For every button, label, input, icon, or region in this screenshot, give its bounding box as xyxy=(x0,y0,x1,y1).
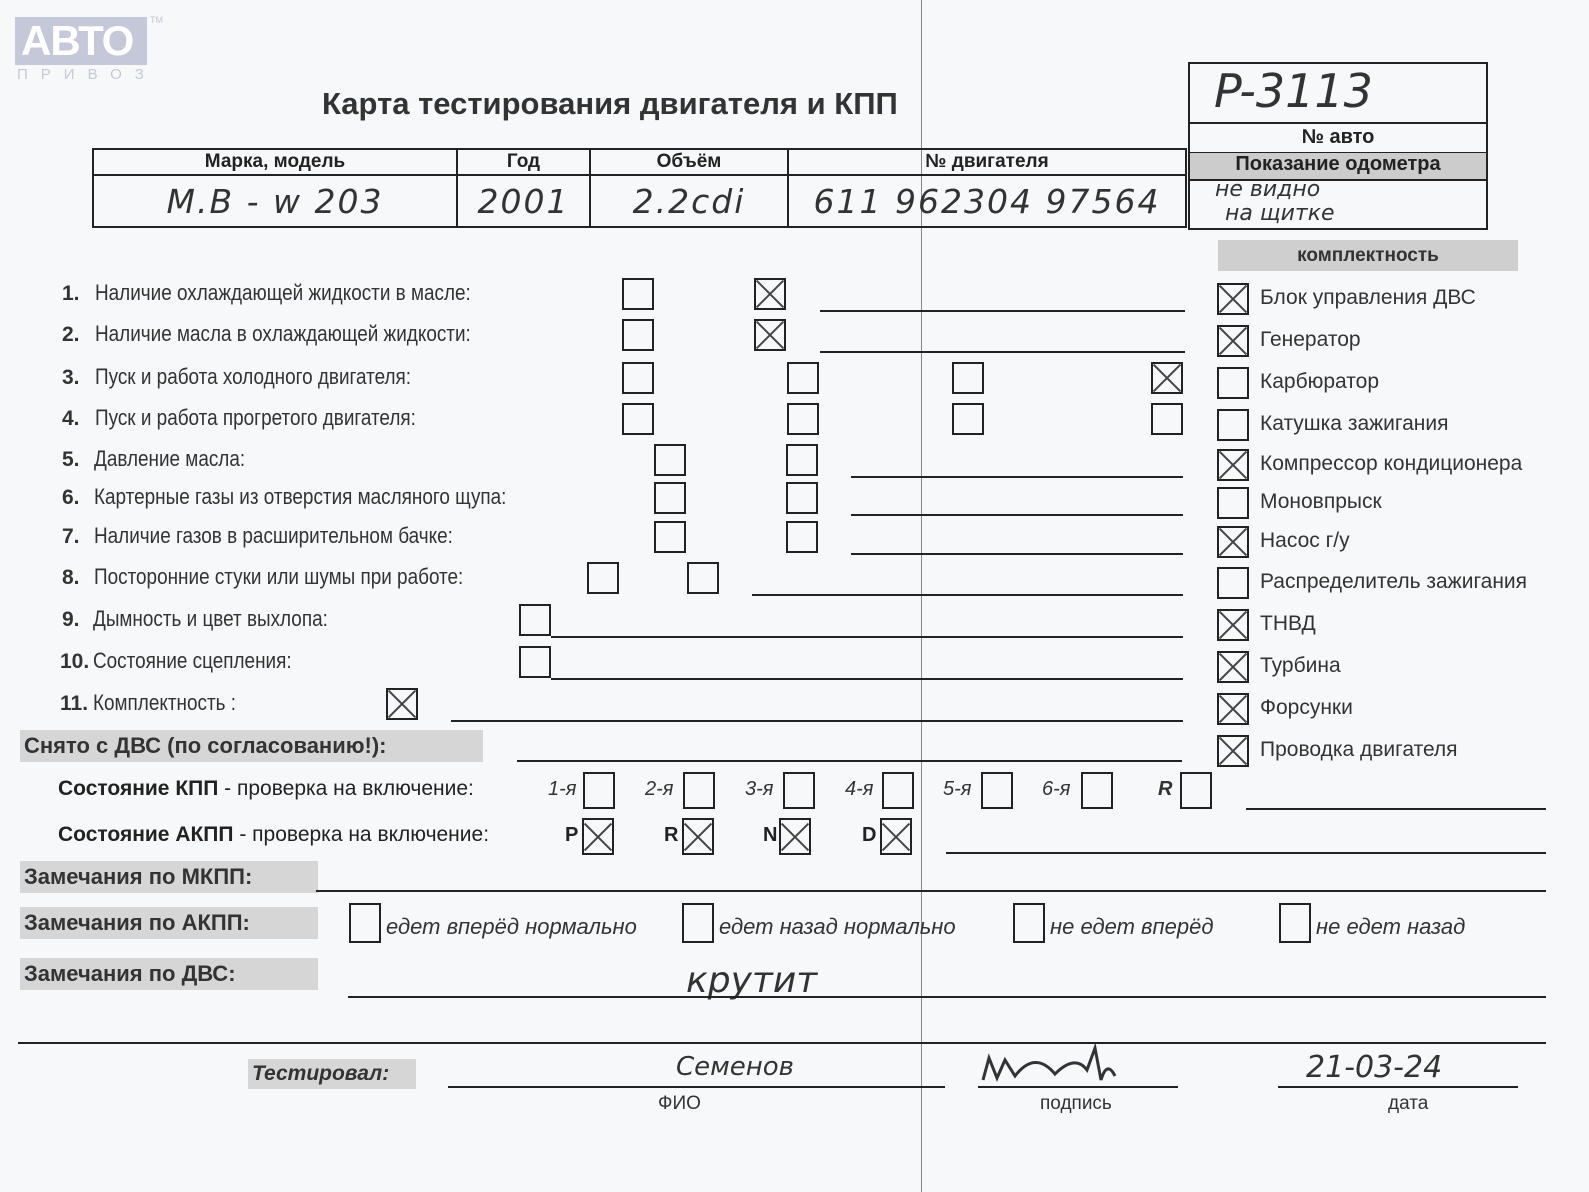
date-value[interactable]: 21-03-24 xyxy=(1306,1050,1442,1085)
option-checkbox[interactable] xyxy=(622,403,654,435)
odometer-value-line2: на щитке xyxy=(1215,202,1335,226)
date-caption: дата xyxy=(1388,1093,1428,1115)
akpp-remark-label: не едет назад xyxy=(1316,914,1465,940)
column-header-year: Год xyxy=(457,149,590,175)
question-note-line[interactable] xyxy=(752,594,1183,596)
year-field[interactable]: 2001 xyxy=(457,175,590,227)
auto-gear-label: N xyxy=(763,824,777,847)
manual-gear-checkbox[interactable] xyxy=(583,772,615,809)
question-note-line[interactable] xyxy=(551,678,1183,680)
option-checkbox[interactable] xyxy=(754,278,786,310)
question-number: 8. xyxy=(62,566,80,590)
option-checkbox[interactable] xyxy=(519,646,551,678)
option-checkbox[interactable] xyxy=(587,562,619,594)
completeness-item-label: Генератор xyxy=(1260,328,1361,352)
auto-gear-checkbox[interactable] xyxy=(582,818,614,855)
option-checkbox[interactable] xyxy=(786,482,818,514)
manual-gear-label: 6-я xyxy=(1042,778,1070,801)
auto-gearbox-label-rest: - проверка на включение: xyxy=(234,823,490,846)
tester-name-value[interactable]: Семенов xyxy=(676,1052,794,1082)
section-divider xyxy=(18,1042,1546,1044)
manual-gear-checkbox[interactable] xyxy=(981,772,1013,809)
manual-gear-checkbox[interactable] xyxy=(1180,772,1212,809)
completeness-checkbox[interactable] xyxy=(1217,651,1249,683)
question-number: 3. xyxy=(62,366,80,390)
odometer-field[interactable]: не видно на щитке xyxy=(1215,178,1335,226)
question-text: Наличие газов в расширительном бачке: xyxy=(94,523,453,549)
auto-gear-label: P xyxy=(565,824,578,847)
option-checkbox[interactable] xyxy=(786,521,818,553)
completeness-item-label: Распределитель зажигания xyxy=(1260,570,1527,594)
question-note-line[interactable] xyxy=(851,514,1183,516)
question-note-line[interactable] xyxy=(820,310,1185,312)
question-number: 6. xyxy=(62,486,80,510)
option-checkbox[interactable] xyxy=(622,362,654,394)
option-checkbox[interactable] xyxy=(787,362,819,394)
option-checkbox[interactable] xyxy=(1151,362,1183,394)
question-number: 10. xyxy=(60,650,89,674)
akpp-remark-checkbox[interactable] xyxy=(1279,903,1311,943)
question-number: 5. xyxy=(62,448,80,472)
completeness-item-label: Насос г/у xyxy=(1260,529,1350,553)
auto-gear-label: R xyxy=(664,824,678,847)
engine-number-field[interactable]: 611 962304 97564 xyxy=(788,175,1186,227)
signature-line xyxy=(978,1086,1178,1088)
auto-gearbox-note-line[interactable] xyxy=(946,852,1546,854)
removed-from-engine-line[interactable] xyxy=(517,760,1182,762)
option-checkbox[interactable] xyxy=(622,319,654,351)
removed-from-engine-label: Снято с ДВС (по согласованию!): xyxy=(20,730,483,762)
completeness-checkbox[interactable] xyxy=(1217,567,1249,599)
make-model-field[interactable]: M.B - w 203 xyxy=(93,175,457,227)
akpp-remark-label: едет назад нормально xyxy=(719,914,956,940)
manual-gear-checkbox[interactable] xyxy=(882,772,914,809)
column-header-volume: Объём xyxy=(590,149,788,175)
option-checkbox[interactable] xyxy=(952,362,984,394)
completeness-checkbox[interactable] xyxy=(1217,526,1249,558)
manual-gearbox-label: Состояние КПП - проверка на включение: xyxy=(58,777,474,801)
completeness-item-label: Форсунки xyxy=(1260,696,1353,720)
column-header-make-model: Марка, модель xyxy=(93,149,457,175)
completeness-checkbox[interactable] xyxy=(1217,325,1249,357)
mkpp-remarks-line[interactable] xyxy=(316,890,1546,892)
manual-gear-checkbox[interactable] xyxy=(683,772,715,809)
auto-gear-label: D xyxy=(862,824,876,847)
question-text: Комплектность : xyxy=(93,690,236,716)
option-checkbox[interactable] xyxy=(687,562,719,594)
option-checkbox[interactable] xyxy=(386,688,418,720)
completeness-checkbox[interactable] xyxy=(1217,367,1249,399)
option-checkbox[interactable] xyxy=(654,444,686,476)
question-number: 9. xyxy=(62,608,80,632)
question-note-line[interactable] xyxy=(851,553,1183,555)
volume-field[interactable]: 2.2cdi xyxy=(590,175,788,227)
completeness-item-label: Блок управления ДВС xyxy=(1260,286,1476,310)
question-note-line[interactable] xyxy=(551,636,1183,638)
question-text: Дымность и цвет выхлопа: xyxy=(93,606,328,632)
completeness-checkbox[interactable] xyxy=(1217,609,1249,641)
option-checkbox[interactable] xyxy=(754,319,786,351)
tester-name-line xyxy=(448,1086,945,1088)
question-text: Пуск и работа холодного двигателя: xyxy=(95,364,411,390)
brand-logo: АВТО xyxy=(15,17,147,65)
tested-by-label: Тестировал: xyxy=(248,1059,416,1089)
completeness-item-label: Катушка зажигания xyxy=(1260,412,1448,436)
akpp-remark-label: едет вперёд нормально xyxy=(386,914,637,940)
manual-gear-label: 3-я xyxy=(745,778,773,801)
signature-caption: подпись xyxy=(1040,1093,1112,1115)
manual-gearbox-label-rest: - проверка на включение: xyxy=(218,777,474,800)
auto-gear-checkbox[interactable] xyxy=(779,818,811,855)
question-text: Пуск и работа прогретого двигателя: xyxy=(95,405,416,431)
dvs-remarks-label: Замечания по ДВС: xyxy=(20,958,318,990)
completeness-item-label: Моновпрыск xyxy=(1260,490,1382,514)
option-checkbox[interactable] xyxy=(654,521,686,553)
question-note-line[interactable] xyxy=(851,476,1183,478)
question-text: Посторонние стуки или шумы при работе: xyxy=(94,564,463,590)
car-number-field[interactable]: P-3113 xyxy=(1190,64,1486,124)
option-checkbox[interactable] xyxy=(622,278,654,310)
akpp-remark-checkbox[interactable] xyxy=(1013,903,1045,943)
manual-gear-checkbox[interactable] xyxy=(1081,772,1113,809)
completeness-header: комплектность xyxy=(1218,240,1518,271)
auto-gear-checkbox[interactable] xyxy=(682,818,714,855)
completeness-item-label: Турбина xyxy=(1260,654,1341,678)
auto-gearbox-label-bold: Состояние АКПП xyxy=(58,823,234,846)
akpp-remark-checkbox[interactable] xyxy=(682,903,714,943)
odometer-value-line1: не видно xyxy=(1215,178,1335,202)
column-header-engine-number: № двигателя xyxy=(788,149,1186,175)
completeness-checkbox[interactable] xyxy=(1217,693,1249,725)
question-text: Давление масла: xyxy=(94,446,245,472)
dvs-remarks-value[interactable]: крутит xyxy=(686,960,817,1001)
brand-logo-subtitle: ПРИВОЗ xyxy=(17,66,157,83)
question-number: 7. xyxy=(62,525,80,549)
car-number-label: № авто xyxy=(1190,126,1486,154)
trademark-mark: TM xyxy=(150,15,163,25)
completeness-item-label: Компрессор кондиционера xyxy=(1260,452,1522,476)
option-checkbox[interactable] xyxy=(654,482,686,514)
completeness-checkbox[interactable] xyxy=(1217,735,1249,767)
completeness-checkbox[interactable] xyxy=(1217,409,1249,441)
auto-gear-checkbox[interactable] xyxy=(880,818,912,855)
question-text: Картерные газы из отверстия масляного щу… xyxy=(94,484,506,510)
manual-gear-label: R xyxy=(1158,778,1172,801)
completeness-checkbox[interactable] xyxy=(1217,449,1249,481)
akpp-remark-label: не едет вперёд xyxy=(1050,914,1214,940)
completeness-checkbox[interactable] xyxy=(1217,283,1249,315)
option-checkbox[interactable] xyxy=(1151,403,1183,435)
question-text: Наличие охлаждающей жидкости в масле: xyxy=(95,280,471,306)
manual-gear-label: 1-я xyxy=(548,778,576,801)
option-checkbox[interactable] xyxy=(952,403,984,435)
question-number: 2. xyxy=(62,323,80,347)
completeness-item-label: ТНВД xyxy=(1260,612,1316,636)
option-checkbox[interactable] xyxy=(519,604,551,636)
option-checkbox[interactable] xyxy=(786,444,818,476)
tester-name-caption: ФИО xyxy=(658,1093,701,1115)
completeness-item-label: Карбюратор xyxy=(1260,370,1379,394)
option-checkbox[interactable] xyxy=(787,403,819,435)
signature-scribble[interactable] xyxy=(975,1040,1135,1090)
manual-gear-label: 5-я xyxy=(943,778,971,801)
question-number: 4. xyxy=(62,407,80,431)
manual-gear-label: 2-я xyxy=(645,778,673,801)
akpp-remarks-label: Замечания по АКПП: xyxy=(20,907,318,939)
auto-gearbox-label: Состояние АКПП - проверка на включение: xyxy=(58,823,489,847)
manual-gear-label: 4-я xyxy=(845,778,873,801)
completeness-checkbox[interactable] xyxy=(1217,487,1249,519)
question-number: 11. xyxy=(60,692,88,716)
question-note-line[interactable] xyxy=(451,720,1183,722)
page-title: Карта тестирования двигателя и КПП xyxy=(322,86,898,122)
vehicle-info-table: Марка, модель Год Объём № двигателя M.B … xyxy=(92,148,1187,228)
manual-gear-checkbox[interactable] xyxy=(783,772,815,809)
manual-gearbox-note-line[interactable] xyxy=(1246,808,1546,810)
dvs-remarks-line xyxy=(348,996,1546,998)
completeness-item-label: Проводка двигателя xyxy=(1260,738,1458,762)
question-note-line[interactable] xyxy=(820,351,1185,353)
question-text: Наличие масла в охлаждающей жидкости: xyxy=(95,321,471,347)
question-number: 1. xyxy=(62,282,80,306)
akpp-remark-checkbox[interactable] xyxy=(349,903,381,943)
manual-gearbox-label-bold: Состояние КПП xyxy=(58,777,218,800)
date-line xyxy=(1278,1086,1518,1088)
question-text: Состояние сцепления: xyxy=(93,648,292,674)
mkpp-remarks-label: Замечания по МКПП: xyxy=(20,861,318,893)
